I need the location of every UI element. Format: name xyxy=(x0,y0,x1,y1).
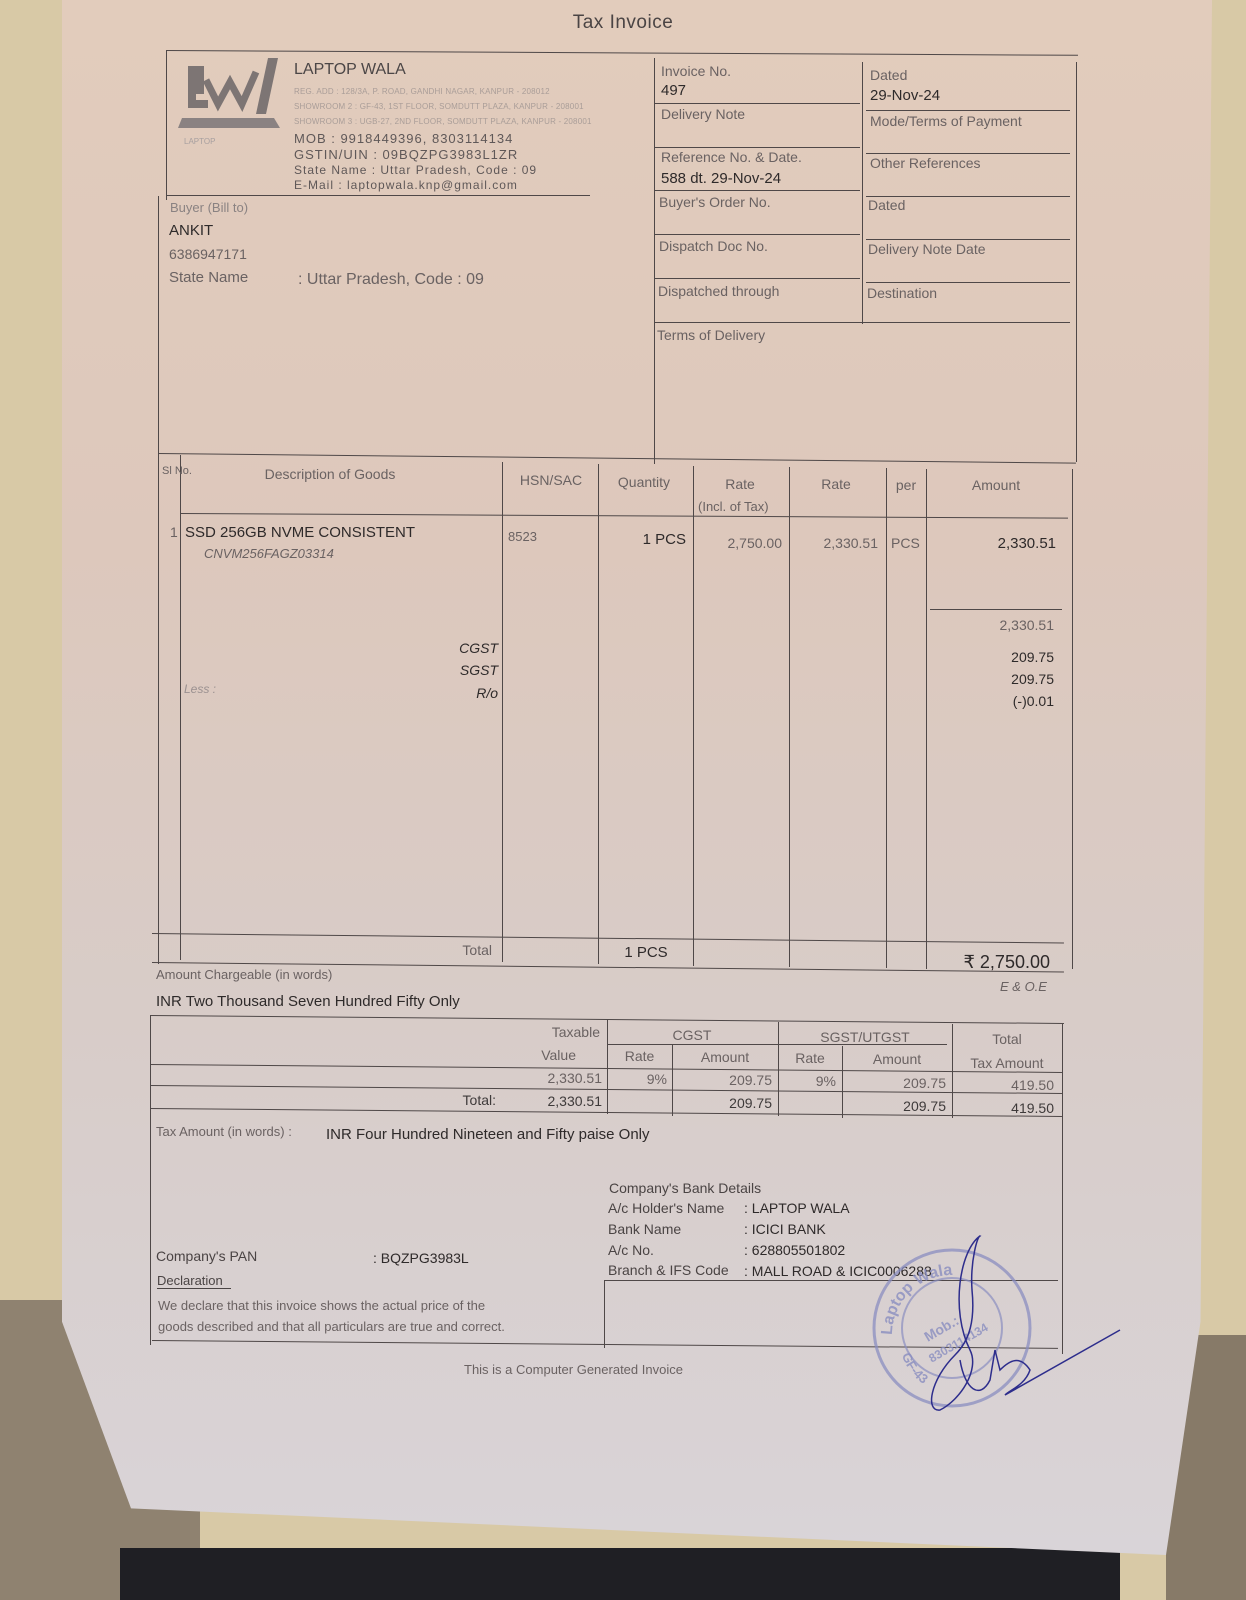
item-per: PCS xyxy=(891,535,920,551)
frame-left-top xyxy=(166,50,167,200)
cgst-header: CGST xyxy=(607,1027,777,1043)
invoice-no-value: 497 xyxy=(661,82,686,99)
meta-row-line xyxy=(866,282,1070,283)
amount-words-label: Amount Chargeable (in words) xyxy=(156,967,332,982)
buyer-name: ANKIT xyxy=(169,222,213,239)
col-header-rate: Rate xyxy=(790,476,882,492)
sgst-label: SGST xyxy=(400,662,498,678)
svg-text:LAPTOP: LAPTOP xyxy=(184,137,215,146)
meta-row-line xyxy=(866,153,1070,154)
seller-divider xyxy=(166,195,590,196)
reference-value: 588 dt. 29-Nov-24 xyxy=(661,170,781,187)
roundoff-label: R/o xyxy=(400,685,498,701)
meta-row-line xyxy=(866,239,1070,240)
col-line xyxy=(180,455,181,960)
other-references-label: Other References xyxy=(870,155,981,171)
bank-account-label: A/c No. xyxy=(608,1242,654,1258)
tax-total-taxable: 2,330.51 xyxy=(500,1093,602,1109)
total-tax-header: Total xyxy=(952,1031,1062,1047)
seller-state: State Name : Uttar Pradesh, Code : 09 xyxy=(294,163,537,177)
row-taxable: 2,330.51 xyxy=(500,1070,602,1086)
subtotal-line xyxy=(930,609,1062,610)
meta-row-line xyxy=(654,103,860,104)
cgst-label: CGST xyxy=(400,640,498,656)
laptop-wala-logo-icon: LAPTOP xyxy=(178,56,283,146)
tax-total-label: Total: xyxy=(400,1092,496,1108)
buyer-state-value: : Uttar Pradesh, Code : 09 xyxy=(298,271,484,289)
delivery-note-date-label: Delivery Note Date xyxy=(868,241,986,257)
bank-name-value: : ICICI BANK xyxy=(744,1221,826,1237)
declaration-line: We declare that this invoice shows the a… xyxy=(158,1298,485,1313)
dated-label: Dated xyxy=(870,67,907,83)
seller-gstin: GSTIN/UIN : 09BQZPG3983L1ZR xyxy=(294,147,518,162)
tax-words-value: INR Four Hundred Nineteen and Fifty pais… xyxy=(326,1126,650,1143)
tax-total-amount: 419.50 xyxy=(952,1100,1054,1116)
item-rate: 2,330.51 xyxy=(790,535,878,551)
meta-divider-left xyxy=(654,58,655,464)
document-title: Tax Invoice xyxy=(0,12,1246,34)
total-quantity: 1 PCS xyxy=(598,944,694,961)
payment-terms-label: Mode/Terms of Payment xyxy=(870,113,1022,129)
pan-value: : BQZPG3983L xyxy=(373,1250,469,1266)
item-hsn: 8523 xyxy=(508,529,537,544)
buyer-phone: 6386947171 xyxy=(169,246,247,262)
item-quantity: 1 PCS xyxy=(598,531,686,548)
seller-address-line: SHOWROOM 2 : GF-43, 1ST FLOOR, SOMDUTT P… xyxy=(294,102,584,111)
meta-row-line xyxy=(654,147,860,148)
signature-icon xyxy=(900,1230,1140,1420)
declaration-heading: Declaration xyxy=(157,1273,231,1289)
buyer-label: Buyer (Bill to) xyxy=(170,200,248,215)
bank-ifsc-label: Branch & IFS Code xyxy=(608,1262,729,1278)
sgst-amount: 209.75 xyxy=(930,671,1054,687)
destination-label: Destination xyxy=(867,285,937,301)
meta-row-line xyxy=(654,322,1070,323)
item-rate-incl: 2,750.00 xyxy=(694,535,782,551)
bank-account-value: : 628805501802 xyxy=(744,1242,845,1258)
col-header-per: per xyxy=(886,477,926,493)
col-header-amount: Amount xyxy=(930,477,1062,493)
cgst-amount-header: Amount xyxy=(672,1049,778,1065)
col-header-rate-incl-sub: (Incl. of Tax) xyxy=(698,499,769,514)
dated-value: 29-Nov-24 xyxy=(870,87,940,104)
sgst-amount-header: Amount xyxy=(842,1051,952,1067)
seller-address-line: REG. ADD : 128/3A, P. ROAD, GANDHI NAGAR… xyxy=(294,87,550,96)
signature-box-left xyxy=(604,1280,605,1348)
meta-row-line xyxy=(866,110,1070,111)
seller-address-line: SHOWROOM 3 : UGB-27, 2ND FLOOR, SOMDUTT … xyxy=(294,117,592,126)
seller-name: LAPTOP WALA xyxy=(294,61,406,79)
invoice-no-label: Invoice No. xyxy=(661,63,731,79)
tax-total-sgst: 209.75 xyxy=(842,1098,946,1114)
sgst-header: SGST/UTGST xyxy=(778,1029,952,1045)
cgst-amount: 209.75 xyxy=(930,649,1054,665)
pan-label: Company's PAN xyxy=(156,1248,257,1264)
row-cgst-rate: 9% xyxy=(607,1071,667,1087)
col-header-sl: Sl No. xyxy=(162,462,192,480)
col-header-hsn: HSN/SAC xyxy=(505,472,597,488)
meta-divider-mid xyxy=(862,62,863,324)
seller-email: E-Mail : laptopwala.knp@gmail.com xyxy=(294,178,518,192)
sgst-rate-header: Rate xyxy=(778,1050,842,1066)
tax-total-cgst: 209.75 xyxy=(672,1095,772,1111)
tax-table-line xyxy=(150,1015,151,1345)
reference-label: Reference No. & Date. xyxy=(661,149,802,165)
col-header-description: Description of Goods xyxy=(200,466,460,482)
col-header-quantity: Quantity xyxy=(598,474,690,490)
total-tax-header-sub: Tax Amount xyxy=(952,1055,1062,1071)
roundoff-amount: (-)0.01 xyxy=(930,693,1054,709)
cgst-rate-header: Rate xyxy=(607,1048,672,1064)
background-dark-object xyxy=(120,1548,1120,1600)
row-sgst-amount: 209.75 xyxy=(842,1075,946,1091)
row-total-tax: 419.50 xyxy=(952,1077,1054,1093)
declaration-line: goods described and that all particulars… xyxy=(158,1319,505,1334)
frame-left-mid xyxy=(158,196,159,454)
row-sgst-rate: 9% xyxy=(778,1073,836,1089)
taxable-header-sub: Value xyxy=(500,1047,576,1063)
item-amount: 2,330.51 xyxy=(930,535,1056,552)
dispatched-through-label: Dispatched through xyxy=(658,283,779,299)
terms-of-delivery-label: Terms of Delivery xyxy=(657,327,765,343)
item-description: SSD 256GB NVME CONSISTENT xyxy=(185,524,415,541)
total-amount: ₹ 2,750.00 xyxy=(930,952,1050,973)
meta-row-line xyxy=(654,278,860,279)
amount-words-value: INR Two Thousand Seven Hundred Fifty Onl… xyxy=(156,993,460,1010)
col-header-rate-incl: Rate xyxy=(694,476,786,492)
item-serial: CNVM256FAGZ03314 xyxy=(204,546,334,561)
frame-right-top xyxy=(1076,62,1077,462)
col-line xyxy=(502,462,503,962)
tax-words-label: Tax Amount (in words) : xyxy=(156,1124,292,1139)
dispatch-doc-label: Dispatch Doc No. xyxy=(659,238,768,254)
total-label: Total xyxy=(380,942,492,958)
bank-heading: Company's Bank Details xyxy=(609,1180,761,1196)
row-cgst-amount: 209.75 xyxy=(672,1072,772,1088)
col-line xyxy=(1072,469,1073,969)
bank-name-label: Bank Name xyxy=(608,1221,681,1237)
order-dated-label: Dated xyxy=(868,197,905,213)
buyers-order-label: Buyer's Order No. xyxy=(659,194,771,210)
seller-mobile: MOB : 9918449396, 8303114134 xyxy=(294,131,513,146)
subtotal-amount: 2,330.51 xyxy=(930,617,1054,633)
col-line xyxy=(886,468,887,968)
meta-row-line xyxy=(654,234,860,235)
less-label: Less : xyxy=(184,682,216,696)
eoe-label: E & O.E xyxy=(1000,979,1047,994)
col-line xyxy=(158,454,159,964)
meta-row-line xyxy=(654,190,860,191)
col-line xyxy=(926,469,927,969)
delivery-note-label: Delivery Note xyxy=(661,106,745,122)
item-sl: 1 xyxy=(170,524,178,540)
bank-holder-label: A/c Holder's Name xyxy=(608,1200,724,1216)
taxable-header: Taxable xyxy=(500,1024,600,1040)
footer-note: This is a Computer Generated Invoice xyxy=(464,1362,683,1377)
buyer-state-label: State Name xyxy=(169,269,248,286)
bank-holder-value: : LAPTOP WALA xyxy=(744,1200,850,1216)
